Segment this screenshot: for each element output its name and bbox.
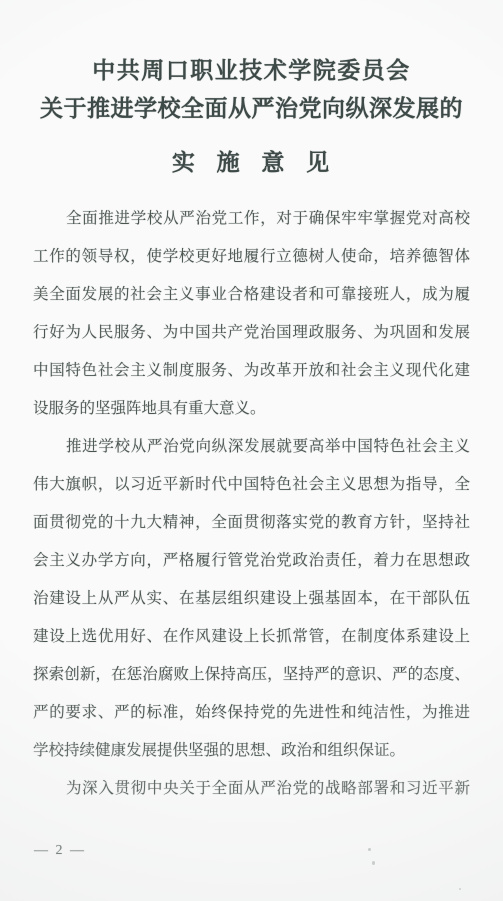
- title-line-2: 关于推进学校全面从严治党向纵深发展的: [0, 90, 503, 128]
- body-line: 工作的领导权，使学校更好地履行立德树人使命，培养德智体: [33, 238, 470, 276]
- scan-speck: [368, 848, 371, 851]
- body-line: 治建设上从严从实、在基层组织建设上强基固本，在干部队伍: [33, 580, 470, 618]
- title-line-3: 实 施 意 见: [0, 144, 503, 182]
- body-line: 探索创新，在惩治腐败上保持高压，坚持严的意识、严的态度、: [33, 656, 470, 694]
- body-line: 全面推进学校从严治党工作，对于确保牢牢掌握党对高校: [33, 200, 470, 238]
- body-line: 推进学校从严治党向纵深发展就要高举中国特色社会主义: [33, 428, 470, 466]
- body-line: 建设上选优用好、在作风建设上长抓常管，在制度体系建设上: [33, 618, 470, 656]
- scan-speck: [372, 861, 375, 865]
- body-line: 面贯彻党的十九大精神，全面贯彻落实党的教育方针，坚持社: [33, 504, 470, 542]
- title-line-1: 中共周口职业技术学院委员会: [0, 52, 503, 90]
- body-line: 伟大旗帜，以习近平新时代中国特色社会主义思想为指导，全: [33, 466, 470, 504]
- scan-speck: [459, 888, 461, 890]
- page-number: — 2 —: [34, 843, 86, 859]
- body-line: 设服务的坚强阵地具有重大意义。: [33, 390, 470, 428]
- body-line: 会主义办学方向，严格履行管党治党政治责任，着力在思想政: [33, 542, 470, 580]
- document-title: 中共周口职业技术学院委员会 关于推进学校全面从严治党向纵深发展的 实 施 意 见: [0, 52, 503, 182]
- body-line: 美全面发展的社会主义事业合格建设者和可靠接班人，成为履: [33, 276, 470, 314]
- body-line: 为深入贯彻中央关于全面从严治党的战略部署和习近平新: [33, 770, 470, 808]
- scanned-document-page: 中共周口职业技术学院委员会 关于推进学校全面从严治党向纵深发展的 实 施 意 见…: [0, 0, 503, 901]
- body-line: 中国特色社会主义制度服务、为改革开放和社会主义现代化建: [33, 352, 470, 390]
- body-line: 行好为人民服务、为中国共产党治国理政服务、为巩固和发展: [33, 314, 470, 352]
- body-line: 严的要求、严的标准，始终保持党的先进性和纯洁性，为推进: [33, 694, 470, 732]
- document-body: 全面推进学校从严治党工作，对于确保牢牢掌握党对高校 工作的领导权，使学校更好地履…: [33, 200, 470, 808]
- body-line: 学校持续健康发展提供坚强的思想、政治和组织保证。: [33, 732, 470, 770]
